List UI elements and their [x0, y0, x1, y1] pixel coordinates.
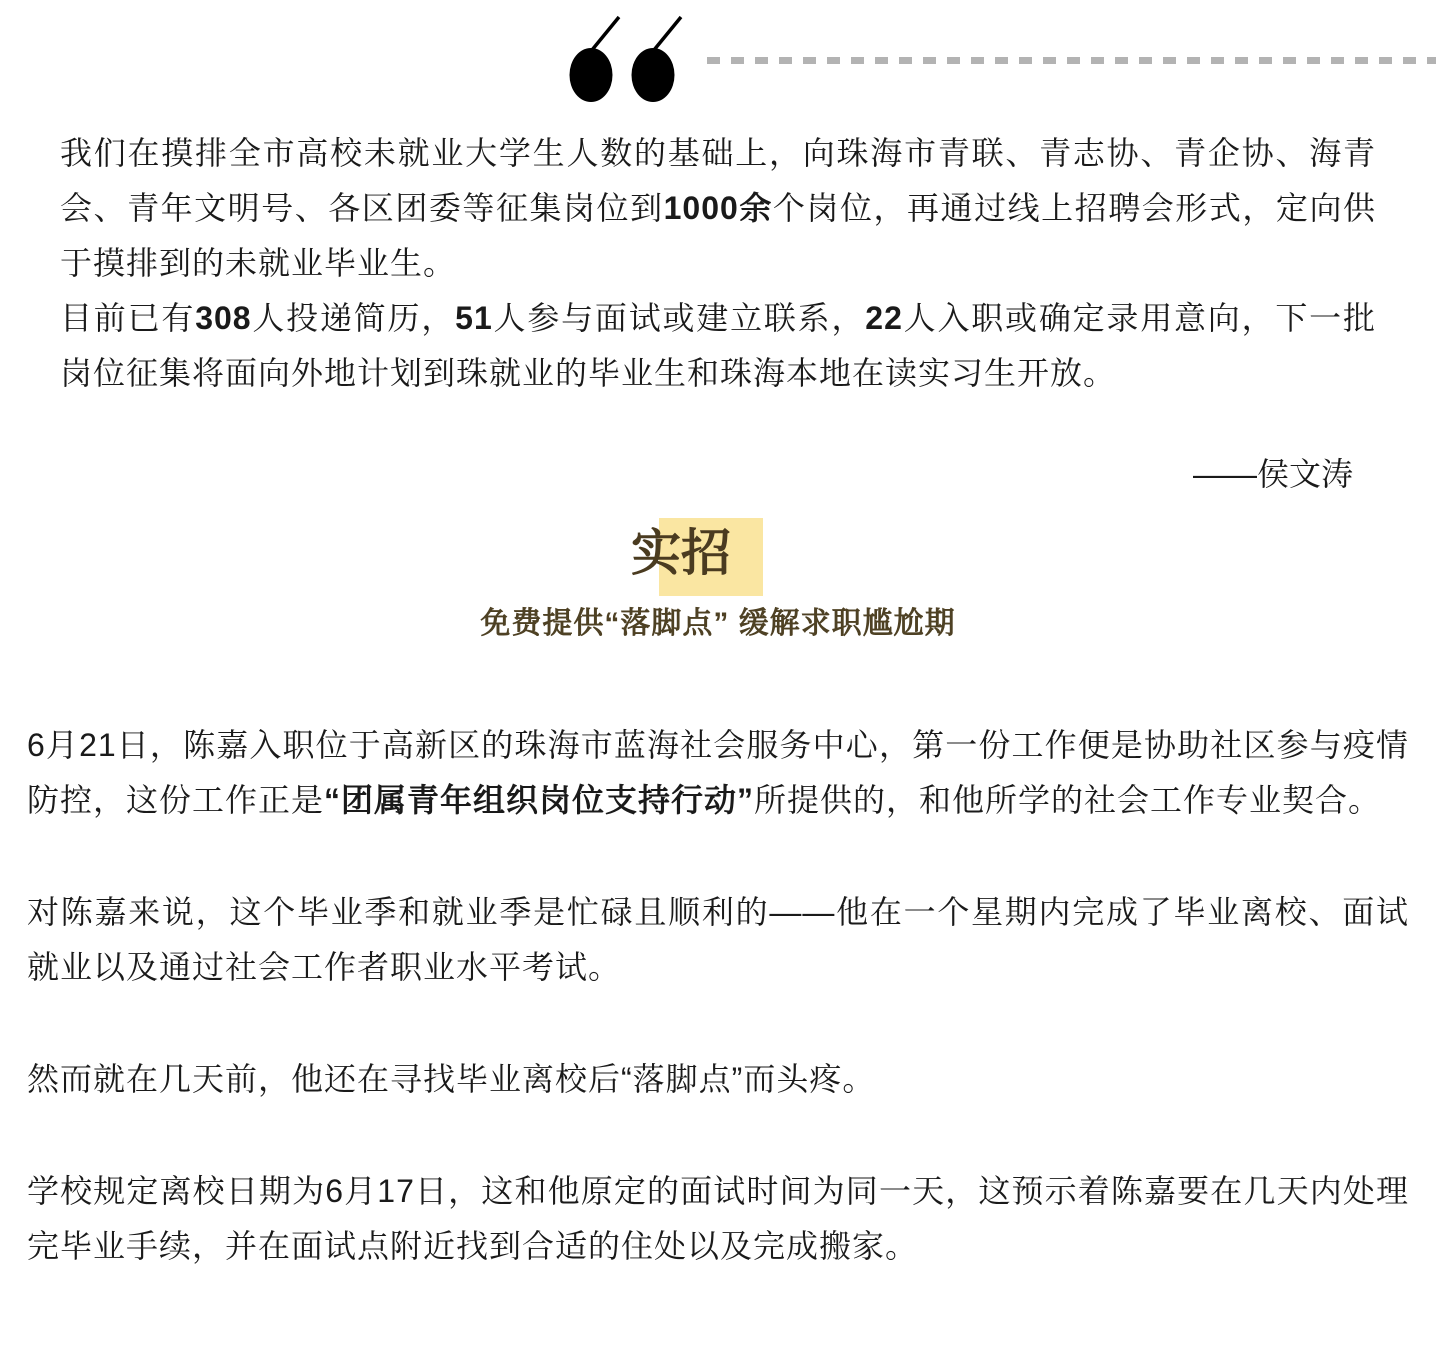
text: 目前已有 [60, 300, 195, 336]
quote-block: 我们在摸排全市高校未就业大学生人数的基础上，向珠海市青联、青志协、青企协、海青会… [60, 126, 1376, 401]
bold-text: 22 [865, 300, 903, 336]
bold-text: 51 [455, 300, 493, 336]
text: 然而就在几天前，他还在寻找毕业离校后“落脚点”而头疼。 [27, 1061, 875, 1097]
body-paragraph: 6月21日，陈嘉入职位于高新区的珠海市蓝海社会服务中心，第一份工作便是协助社区参… [27, 718, 1409, 828]
text: 人参与面试或建立联系， [493, 300, 866, 336]
quote-attribution: ——侯文涛 [0, 447, 1353, 502]
bold-text: 1000余 [664, 190, 773, 226]
quote-paragraph: 我们在摸排全市高校未就业大学生人数的基础上，向珠海市青联、青志协、青企协、海青会… [60, 126, 1376, 291]
section-subtitle: 免费提供“落脚点” 缓解求职尴尬期 [0, 606, 1436, 642]
bold-text: “团属青年组织岗位支持行动” [324, 782, 754, 818]
section-heading: 实招 免费提供“落脚点” 缓解求职尴尬期 [0, 524, 1436, 642]
quote-paragraph: 目前已有308人投递简历，51人参与面试或建立联系，22人入职或确定录用意向，下… [60, 291, 1376, 401]
quote-header [0, 0, 1436, 112]
text: 学校规定离校日期为6月17日，这和他原定的面试时间为同一天，这预示着陈嘉要在几天… [27, 1173, 1409, 1264]
section-title: 实招 [631, 524, 731, 582]
text: 人投递简历， [252, 300, 456, 336]
open-quote-icon [563, 12, 683, 107]
text: 对陈嘉来说，这个毕业季和就业季是忙碌且顺利的——他在一个星期内完成了毕业离校、面… [27, 894, 1409, 985]
bold-text: 308 [195, 300, 251, 336]
section-title-text: 实招 [631, 525, 731, 581]
body-paragraph: 然而就在几天前，他还在寻找毕业离校后“落脚点”而头疼。 [27, 1052, 1409, 1107]
text: 所提供的，和他所学的社会工作专业契合。 [754, 782, 1381, 818]
body-paragraph: 对陈嘉来说，这个毕业季和就业季是忙碌且顺利的——他在一个星期内完成了毕业离校、面… [27, 885, 1409, 995]
article-body: 6月21日，陈嘉入职位于高新区的珠海市蓝海社会服务中心，第一份工作便是协助社区参… [27, 718, 1409, 1274]
dashed-divider [707, 57, 1436, 64]
article-page: 我们在摸排全市高校未就业大学生人数的基础上，向珠海市青联、青志协、青企协、海青会… [0, 0, 1436, 1346]
body-paragraph: 学校规定离校日期为6月17日，这和他原定的面试时间为同一天，这预示着陈嘉要在几天… [27, 1164, 1409, 1274]
